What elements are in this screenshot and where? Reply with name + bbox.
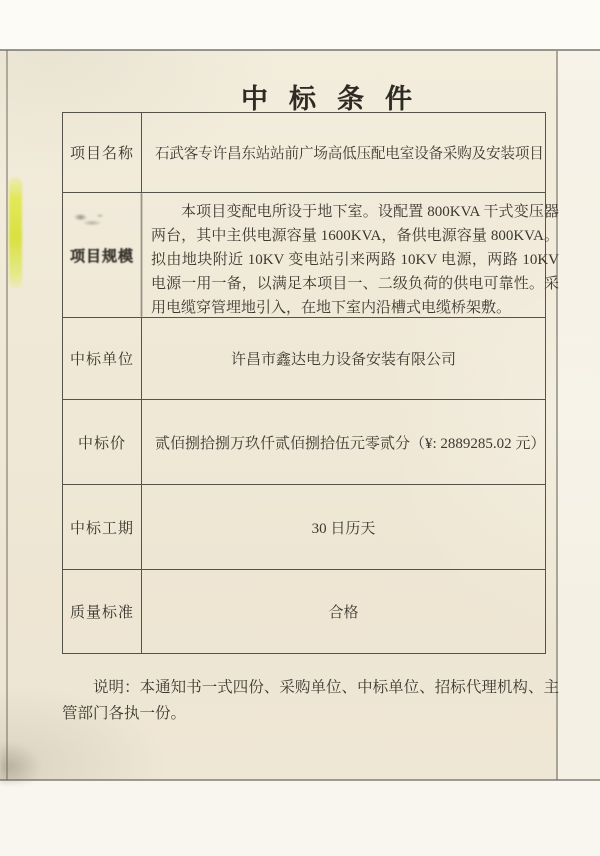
paper-right-margin [558, 50, 600, 780]
award-conditions-table: 项目名称 石武客专许昌东站站前广场高低压配电室设备采购及安装项目 项目规模 本项… [62, 112, 546, 654]
scanned-document: 中标条件 项目名称 石武客专许昌东站站前广场高低压配电室设备采购及安装项目 项目… [0, 0, 600, 856]
row-value: 石武客专许昌东站站前广场高低压配电室设备采购及安装项目 [142, 113, 545, 192]
sheet-top-edge [0, 49, 600, 51]
scanner-background-bottom [0, 781, 600, 856]
page-title: 中标条件 [241, 77, 433, 116]
scanner-background-top [0, 0, 600, 49]
table-row-bid-price: 中标价 贰佰捌拾捌万玖仟贰佰捌拾伍元零贰分（¥: 2889285.02 元） [63, 400, 545, 485]
distribution-note: 说明：本通知书一式四份、采购单位、中标单位、招标代理机构、主管部门各执一份。 [62, 675, 559, 726]
row-label: 项目名称 [63, 113, 142, 192]
row-value: 许昌市鑫达电力设备安装有限公司 [142, 318, 545, 399]
row-label: 中标价 [63, 400, 142, 484]
table-row-winning-bidder: 中标单位 许昌市鑫达电力设备安装有限公司 [63, 318, 545, 400]
row-value: 30 日历天 [142, 485, 545, 569]
sheet-left-edge [6, 50, 8, 780]
table-row-project-name: 项目名称 石武客专许昌东站站前广场高低压配电室设备采购及安装项目 [63, 113, 545, 193]
row-value: 本项目变配电所设于地下室。设配置 800KVA 干式变压器两台，其中主供电源容量… [142, 193, 545, 317]
row-label: 项目规模 [63, 193, 142, 317]
table-row-project-scale: 项目规模 本项目变配电所设于地下室。设配置 800KVA 干式变压器两台，其中主… [63, 193, 545, 318]
table-row-construction-period: 中标工期 30 日历天 [63, 485, 545, 570]
row-label: 质量标准 [63, 570, 142, 653]
row-label: 中标单位 [63, 318, 142, 399]
sheet-right-edge [556, 51, 558, 780]
yellow-highlighter-mark [9, 177, 22, 289]
row-value: 合格 [142, 570, 545, 653]
sheet-bottom-edge [0, 779, 600, 781]
project-scale-paragraph: 本项目变配电所设于地下室。设配置 800KVA 干式变压器两台，其中主供电源容量… [151, 200, 559, 320]
corner-stain [0, 742, 40, 784]
table-row-quality-standard: 质量标准 合格 [63, 570, 545, 653]
row-label: 中标工期 [63, 485, 142, 569]
row-value: 贰佰捌拾捌万玖仟贰佰捌拾伍元零贰分（¥: 2889285.02 元） [142, 400, 545, 484]
